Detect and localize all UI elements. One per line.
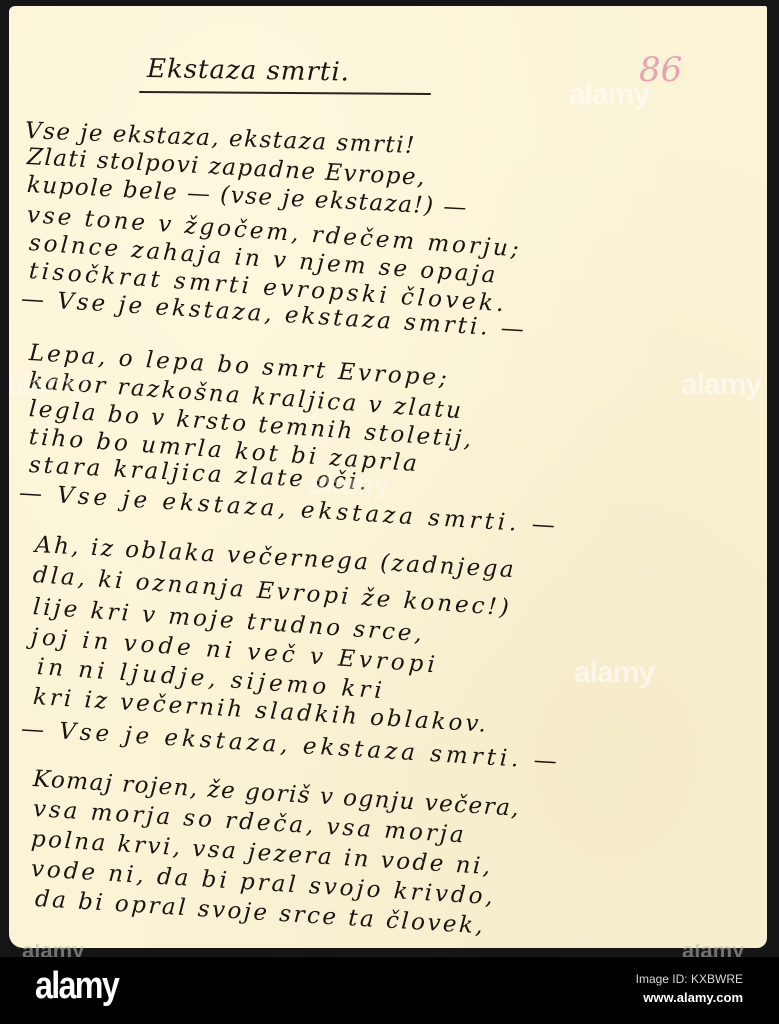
watermark: alamy	[9, 368, 87, 402]
watermark: alamy	[309, 468, 389, 502]
poem-title: Ekstaza smrti.	[147, 54, 350, 88]
alamy-logo: alamy	[35, 965, 118, 1008]
edge-watermark: alamy	[682, 944, 744, 958]
manuscript-page: Ekstaza smrti. 86 Vse je ekstaza, ekstaz…	[9, 6, 767, 948]
edge-watermark: alamy	[22, 944, 84, 958]
image-id: Image ID: KXBWRE	[636, 972, 743, 986]
scan-background: Ekstaza smrti. 86 Vse je ekstaza, ekstaz…	[0, 0, 779, 957]
watermark: alamy	[569, 78, 649, 112]
site-url: www.alamy.com	[643, 990, 743, 1005]
watermark: alamy	[574, 656, 654, 690]
watermark-footer: alamy Image ID: KXBWRE www.alamy.com	[0, 957, 779, 1024]
title-underline	[139, 91, 431, 95]
watermark: alamy	[681, 368, 761, 402]
